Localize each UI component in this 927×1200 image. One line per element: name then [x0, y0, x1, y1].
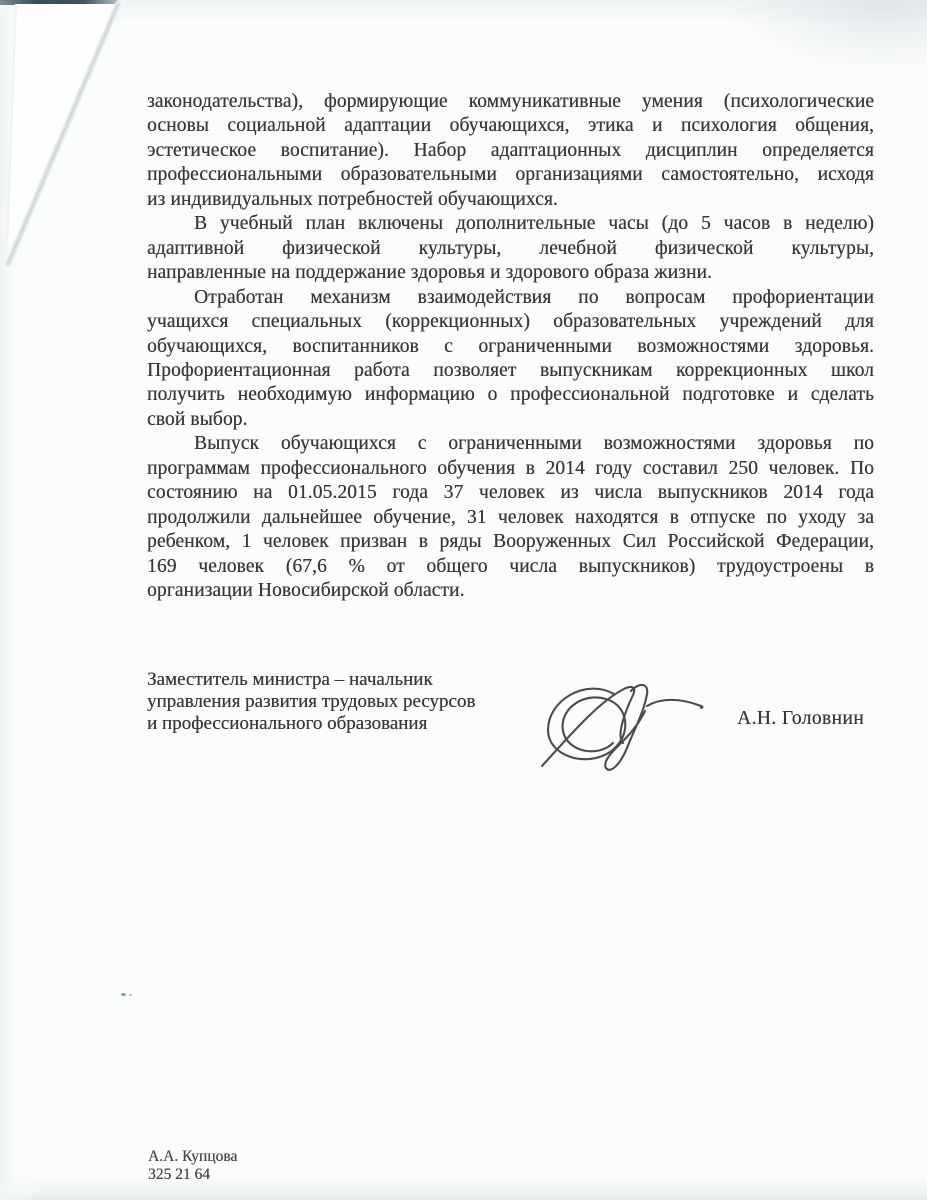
executor-name: А.А. Купцова [148, 1148, 237, 1166]
letter-body: законодательства), формирующие коммуника… [147, 90, 874, 604]
paragraph-career-guidance: Отработан механизм взаимодействия по воп… [147, 286, 874, 433]
text-line: 169 человек (67,6 % от общего числа выпу… [147, 555, 874, 579]
executor-block: А.А. Купцова 325 21 64 [148, 1148, 237, 1183]
text-line: Выпуск обучающихся с ограниченными возмо… [147, 432, 874, 456]
text-line: из индивидуальных потребностей обучающих… [147, 188, 874, 212]
signature-scribble-icon [528, 660, 713, 778]
scanned-letter-page: { "document": { "body_paragraphs": [ { "… [0, 0, 927, 1200]
text-line: Заместитель министра – начальник [147, 669, 477, 691]
paragraph-curriculum-hours: В учебный план включены дополнительные ч… [147, 212, 874, 285]
text-line: ребенком, 1 человек призван в ряды Воору… [147, 530, 874, 554]
text-line: состоянию на 01.05.2015 года 37 человек … [147, 481, 874, 505]
text-line: Профориентационная работа позволяет выпу… [147, 359, 874, 383]
text-line: свой выбор. [147, 408, 874, 432]
text-line: В учебный план включены дополнительные ч… [147, 212, 874, 236]
text-line: программам профессионального обучения в … [147, 457, 874, 481]
text-line: учащихся специальных (коррекционных) обр… [147, 310, 874, 334]
text-line: и профессионального образования [147, 713, 477, 735]
text-line: основы социальной адаптации обучающихся,… [147, 114, 874, 138]
paragraph-graduates-2014: Выпуск обучающихся с ограниченными возмо… [147, 432, 874, 603]
signoff-position-titles: Заместитель министра – начальникуправлен… [147, 669, 477, 735]
text-line: адаптивной физической культуры, лечебной… [147, 237, 874, 261]
scan-speck [121, 992, 133, 997]
text-line: направленные на поддержание здоровья и з… [147, 261, 874, 285]
fold-corner-triangle [0, 0, 140, 280]
paragraph-legislation-adaptation: законодательства), формирующие коммуника… [147, 90, 874, 212]
text-line: законодательства), формирующие коммуника… [147, 90, 874, 114]
signer-name: А.Н. Головнин [737, 708, 864, 730]
text-line: обучающихся, воспитанников с ограниченны… [147, 335, 874, 359]
text-line: Отработан механизм взаимодействия по воп… [147, 286, 874, 310]
executor-phone: 325 21 64 [148, 1166, 237, 1184]
text-line: профессиональными образовательными орган… [147, 163, 874, 187]
text-line: получить необходимую информацию о профес… [147, 383, 874, 407]
text-line: продолжили дальнейшее обучение, 31 челов… [147, 506, 874, 530]
text-line: организации Новосибирской области. [147, 579, 874, 603]
text-line: управления развития трудовых ресурсов [147, 691, 477, 713]
text-line: эстетическое воспитание). Набор адаптаци… [147, 139, 874, 163]
